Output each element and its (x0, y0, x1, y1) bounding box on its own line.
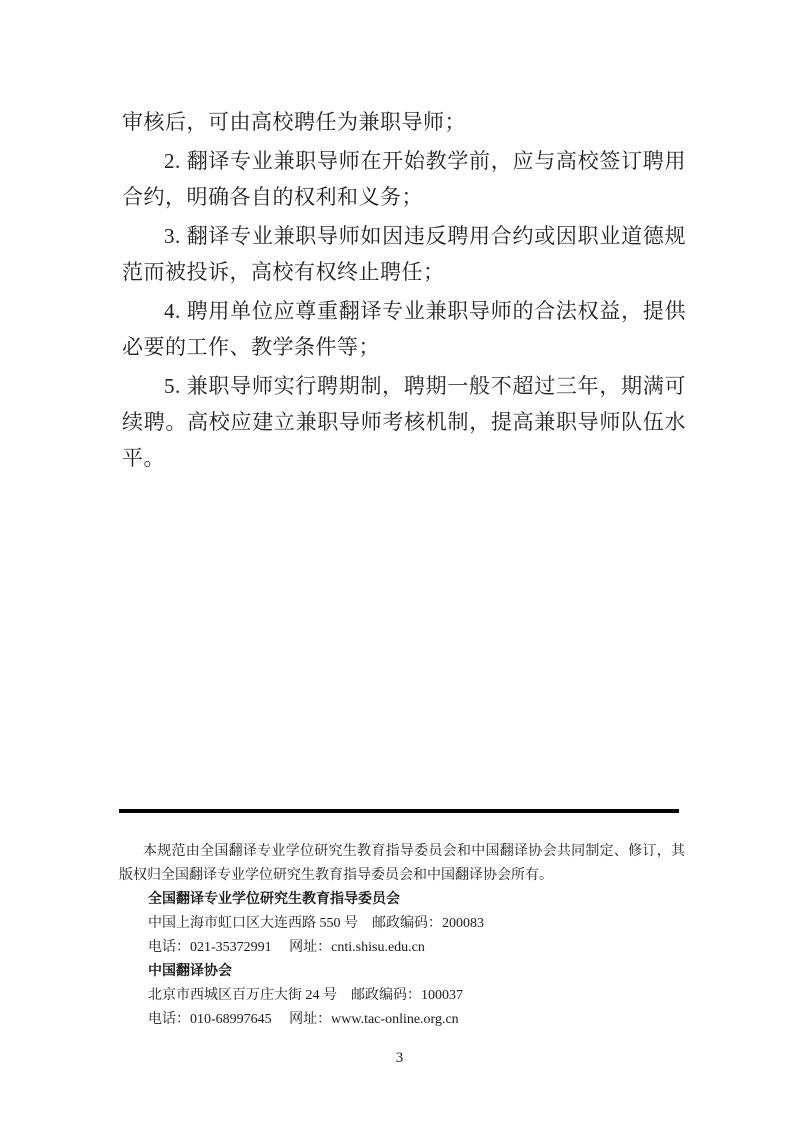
list-item-3: 3. 翻译专业兼职导师如因违反聘用合约或因职业道德规范而被投诉，高校有权终止聘任… (122, 218, 686, 290)
org-address: 北京市西城区百万庄大街 24 号 邮政编码：100037 (148, 984, 685, 1008)
list-item-2: 2. 翻译专业兼职导师在开始教学前，应与高校签订聘用合约，明确各自的权利和义务； (122, 143, 686, 215)
org-block-tac: 中国翻译协会 北京市西城区百万庄大街 24 号 邮政编码：100037 电话：0… (148, 960, 685, 1032)
org-contact: 电话：021-35372991 网址：cnti.shisu.edu.cn (148, 936, 685, 960)
paragraph-continuation: 审核后，可由高校聘任为兼职导师； (122, 104, 686, 140)
org-block-cngi: 全国翻译专业学位研究生教育指导委员会 中国上海市虹口区大连西路 550 号 邮政… (148, 888, 685, 960)
list-item-4: 4. 聘用单位应尊重翻译专业兼职导师的合法权益，提供必要的工作、教学条件等； (122, 293, 686, 365)
org-contact: 电话：010-68997645 网址：www.tac-online.org.cn (148, 1008, 685, 1032)
org-address: 中国上海市虹口区大连西路 550 号 邮政编码：200083 (148, 912, 685, 936)
list-item-5: 5. 兼职导师实行聘期制，聘期一般不超过三年，期满可续聘。高校应建立兼职导师考核… (122, 368, 686, 476)
body-text: 审核后，可由高校聘任为兼职导师； 2. 翻译专业兼职导师在开始教学前，应与高校签… (122, 104, 686, 476)
org-name: 中国翻译协会 (148, 960, 685, 984)
footer: 本规范由全国翻译专业学位研究生教育指导委员会和中国翻译协会共同制定、修订，其版权… (119, 840, 685, 1032)
org-name: 全国翻译专业学位研究生教育指导委员会 (148, 888, 685, 912)
copyright-note: 本规范由全国翻译专业学位研究生教育指导委员会和中国翻译协会共同制定、修订，其版权… (119, 840, 685, 888)
document-page: 审核后，可由高校聘任为兼职导师； 2. 翻译专业兼职导师在开始教学前，应与高校签… (0, 0, 799, 1131)
footer-divider (119, 809, 679, 813)
page-number: 3 (0, 1048, 799, 1068)
